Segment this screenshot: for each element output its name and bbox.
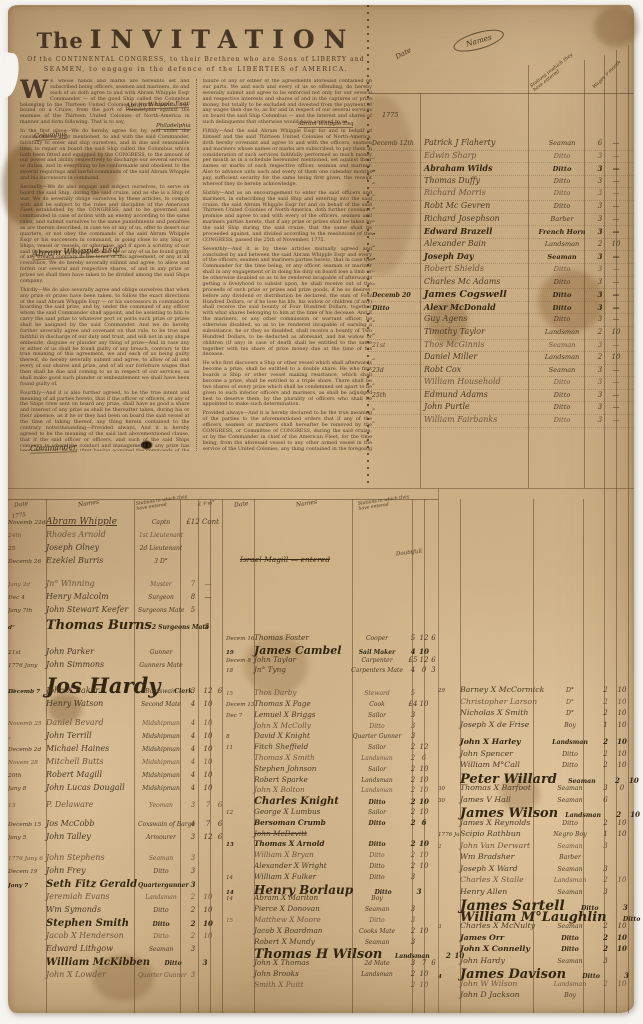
entry-station: Ditto xyxy=(534,378,590,386)
entry-date: Jany 8 xyxy=(8,786,46,792)
entry-shillings: 10 xyxy=(419,776,429,784)
muster-row: John X Thomas 2d Mate 3 7 6 xyxy=(226,958,438,969)
entry-pounds: 3 xyxy=(184,687,202,695)
muster-row: 14 William X Fulker Ditto 3 xyxy=(226,872,438,883)
entry-name: Edwin Sharp xyxy=(424,151,534,160)
entry-pounds: 2 xyxy=(407,970,419,978)
entry-shillings: 10 xyxy=(616,761,628,769)
entry-name: P. Delaware xyxy=(46,800,138,809)
entry-pounds: 4 xyxy=(184,784,202,792)
entry-shillings: — xyxy=(610,215,622,223)
entry-shillings: 10 xyxy=(202,932,214,940)
entry-station: Gunners Mate xyxy=(138,662,184,669)
entry-pounds: 3 xyxy=(590,265,610,273)
entry-name: Alexr McDonald xyxy=(424,302,534,312)
entry-pounds: 3 xyxy=(407,959,419,967)
entry-station: Landsman xyxy=(534,240,590,248)
entry-pounds: 2 xyxy=(184,893,202,901)
muster-row: 2 John Van Derwart Seaman 3 xyxy=(438,841,634,853)
entry-shillings: — xyxy=(610,366,622,374)
entry-shillings: — xyxy=(610,315,622,323)
entry-shillings: 10 xyxy=(419,981,429,989)
entry-shillings: 10 xyxy=(419,851,429,859)
entry-station: Ditto xyxy=(545,946,595,953)
muster-row: 18 Jn° Tyng Carpenters Mate 4 0 3 xyxy=(226,665,438,676)
entry-name: Edward Lithgow xyxy=(46,944,138,953)
entry-name: John Purtle xyxy=(424,402,534,411)
entry-pounds: 2 xyxy=(595,819,616,827)
entry-station: Seaman xyxy=(534,366,590,374)
muster-row: Robert X Mundy Seaman 3 xyxy=(226,937,438,948)
entry-pounds: 3 xyxy=(595,784,616,792)
entry-pounds: 3 xyxy=(590,366,610,374)
entry-shillings: 10 xyxy=(202,700,214,708)
muster-row: Thomas H Wilson Landsman 2 10 xyxy=(226,947,438,958)
entry-station: Ditto xyxy=(545,935,595,942)
entry-date: 1776 Jany 2 xyxy=(438,832,460,838)
entry-station: Landsman xyxy=(545,739,595,746)
entry-station: Seaman xyxy=(545,889,595,896)
muster-row: Robert Sparke Landsman 2 10 xyxy=(226,775,438,786)
muster-row: John X Bolton Landsman 2 10 xyxy=(226,785,438,796)
entry-shillings: 10 xyxy=(616,922,628,930)
entry-date: Decem 16 xyxy=(226,636,254,642)
entry-station: Ditto xyxy=(534,403,590,411)
entry-pounds: 3 xyxy=(590,391,610,399)
entry-station: Landsman xyxy=(545,877,595,884)
text-column-right: failure of any or either of the agreemen… xyxy=(196,79,373,451)
entry-station: Ditto xyxy=(545,762,595,769)
entry-pounds: 3 xyxy=(407,938,419,946)
muster-row: „ Edwin Sharp Ditto 3 — xyxy=(368,151,634,164)
muster-row: Smith X Puitt 2 10 xyxy=(226,980,438,991)
entry-pounds: 4 xyxy=(184,700,202,708)
entry-pounds: £5 xyxy=(407,656,419,664)
entry-name: John X Lowder xyxy=(46,970,138,979)
entry-name: John Terrill xyxy=(46,731,138,740)
entry-date: 30 xyxy=(438,786,460,792)
muster-row: 30 Thomas X Barfoot Seaman 3 0 xyxy=(438,783,634,795)
entry-station: Sailor xyxy=(347,744,407,751)
entry-pounds: 2 xyxy=(595,737,616,746)
entry-name: Abraham Wilds xyxy=(424,163,534,173)
entry-station: Ditto xyxy=(138,907,184,914)
muster-row: 15 Matthew X Moore Ditto 3 xyxy=(226,915,438,926)
entry-pounds: 3 xyxy=(590,416,610,424)
entry-shillings: — xyxy=(610,252,622,261)
entry-pounds: 3 xyxy=(184,867,202,875)
entry-pounds: 1 xyxy=(595,721,616,729)
entry-date: „ xyxy=(368,178,424,185)
entry-name: Thomas Duffy xyxy=(424,176,534,185)
muster-row: John Hardy Seaman 3 xyxy=(438,956,634,968)
muster-row: Charles X Stalle Landsman 2 10 xyxy=(438,875,634,887)
entry-name: Thomas Foster xyxy=(254,633,347,642)
entry-shillings: 12 xyxy=(419,656,429,664)
muster-row: Decemb 20 James Cogswell Ditto 3 — xyxy=(368,289,634,302)
muster-row: Pierce X Donovan Seaman 3 xyxy=(226,904,438,915)
entry-station: Landsman xyxy=(347,971,407,978)
entry-station: Landsman xyxy=(534,328,590,336)
muster-row: Edward Lithgow Seaman 3 xyxy=(8,944,226,957)
entry-pounds: 2 xyxy=(595,944,616,953)
entry-station: Sailor xyxy=(347,766,407,773)
entry-name: Seth Fitz Gerald xyxy=(46,879,138,890)
entry-station: Seaman xyxy=(545,797,595,804)
entry-date: Decem 13 xyxy=(226,702,254,708)
entry-shillings: 10 xyxy=(616,980,628,988)
entry-name: Michael Haines xyxy=(46,744,138,753)
entry-pounds: 2 xyxy=(407,786,419,794)
entry-shillings: 10 xyxy=(419,970,429,978)
entry-name: John X Baker xyxy=(46,686,138,695)
entry-station: Ditto xyxy=(534,391,590,399)
entry-pounds: 3 xyxy=(590,403,610,411)
entry-shillings: — xyxy=(610,416,622,424)
title-main: INVITATION xyxy=(90,25,356,54)
muster-row: 19 James Cambel Sail Maker 4 10 xyxy=(226,644,438,655)
entry-name: John Frey xyxy=(46,866,138,875)
muster-row: John Brooks Landsman 2 10 xyxy=(226,969,438,980)
entry-pounds: 2 xyxy=(407,797,419,806)
entry-date: Dec 4 xyxy=(8,595,46,601)
muster-row: „ William Fairbanks Ditto 3 — xyxy=(368,415,634,428)
entry-pounds: 3 xyxy=(407,905,419,913)
entry-station: Barber xyxy=(534,215,590,223)
entry-name: John X Harley xyxy=(460,737,545,746)
entry-name: James Cogswell xyxy=(424,289,534,300)
entry-date: Decemb 12th xyxy=(368,140,424,147)
entry-station: Cooks Mate xyxy=(347,928,407,935)
entry-date: Novem 28 xyxy=(8,760,46,766)
entry-shillings: 10 xyxy=(616,830,628,838)
entry-date: „ xyxy=(368,379,424,386)
muster-top-rows: Decemb 12th Patrick J Flaherty Seaman 6 … xyxy=(368,138,634,428)
entry-station: Armourer xyxy=(138,834,184,841)
entry-shillings: 7 xyxy=(202,820,214,828)
muster-row: 4 James Davison Ditto 3 xyxy=(438,967,634,979)
entry-name: John Stephens xyxy=(46,853,138,862)
entry-shillings: 10 xyxy=(419,647,429,656)
header-wages: Wages ⅌ month xyxy=(592,58,624,90)
muster-row: William M°Laughlin Ditto 3 xyxy=(438,910,634,922)
entry-station: Ditto xyxy=(347,863,407,870)
entry-pounds: 3 xyxy=(184,945,202,953)
muster-row: Decemb 2d Michael Haines Midshipman 4 10 xyxy=(8,744,226,757)
entry-shillings: 10 xyxy=(419,862,429,870)
muster-row: „ Richard Josephson Barber 3 — xyxy=(368,214,634,227)
entry-station: Ditto xyxy=(534,202,590,210)
entry-pounds: 3 xyxy=(413,887,425,896)
muster-row: Alexander X Wright Ditto 2 10 xyxy=(226,861,438,872)
entry-station: Midshipman xyxy=(138,720,184,727)
entry-pounds: 2 xyxy=(407,818,419,827)
entry-pounds: 2 xyxy=(595,876,616,884)
entry-station: Yeoman xyxy=(138,802,184,809)
paragraph: failure of any or either of the agreemen… xyxy=(203,79,373,126)
entry-station: Ditto xyxy=(150,960,196,967)
entry-pounds: 4 xyxy=(184,745,202,753)
entry-date: 4 xyxy=(438,974,460,980)
entry-station: Seaman xyxy=(138,855,184,862)
muster-row: Joseph X Ward Seaman 3 xyxy=(438,864,634,876)
photograph-backdrop: TheINVITATION Of the CONTINENTAL CONGRES… xyxy=(0,0,643,1024)
entry-pounds: £12 xyxy=(184,518,202,526)
entry-shillings: 10 xyxy=(202,906,214,914)
muster-row: Jany 7th John Stewart Keefer Surgeons Ma… xyxy=(8,605,226,618)
entry-station: Seaman xyxy=(347,906,407,913)
entry-pounds: £4 xyxy=(407,700,419,708)
paragraph: Thirdly—We do also severally agree and o… xyxy=(20,288,190,388)
entry-shillings: 10 xyxy=(616,944,628,953)
entry-pence: 6 xyxy=(214,687,226,695)
entry-pounds: 3 xyxy=(407,722,419,730)
muster-row: 29 Barney X McCormick D° 2 10 xyxy=(438,685,634,697)
entry-pence: 6 xyxy=(214,820,226,828)
muster-row: „ Joseph Day Seaman 3 — xyxy=(368,251,634,264)
entry-name: Henry Allen xyxy=(460,887,545,896)
muster-row: 3 Charles X McNulty Seaman 2 10 xyxy=(438,921,634,933)
entry-shillings: 10 xyxy=(419,786,429,794)
entry-name: Bersoman Crumb xyxy=(254,818,347,827)
muster-row: „ Robt Mc Gevren Ditto 3 — xyxy=(368,201,634,214)
entry-shillings: 12 xyxy=(202,833,214,841)
entry-station: Seaman xyxy=(534,139,590,147)
entry-station: D° xyxy=(545,687,595,694)
entry-name: Alexander Bain xyxy=(424,239,534,248)
entry-station: Seaman xyxy=(534,253,590,261)
muster-row: Henry Allen Seaman 3 xyxy=(438,887,634,899)
entry-shillings: — xyxy=(610,152,622,160)
muster-table-top: Date 1775 Names Stations inwhich they ha… xyxy=(368,15,634,490)
entry-name: William X Fulker xyxy=(254,872,347,881)
entry-name: Mitchell Butts xyxy=(46,757,138,766)
entry-date: 18 xyxy=(226,668,254,674)
entry-shillings: 12 xyxy=(202,687,214,695)
muster-row: John X Connelly Ditto 2 10 xyxy=(438,944,634,956)
muster-row: 1776 Jany 2 Scipio Rathbun Negro Boy 1 1… xyxy=(438,829,634,841)
entry-name: William Household xyxy=(424,377,534,386)
entry-name: Abram X Mariton xyxy=(254,893,347,902)
entry-station: Second Mate xyxy=(138,701,184,708)
entry-pounds: 3 xyxy=(595,888,616,896)
entry-name: Robert Magill xyxy=(46,770,138,779)
entry-date: 14 xyxy=(226,890,254,896)
entry-name: James V Hall xyxy=(460,795,545,804)
entry-pounds: 4 xyxy=(407,647,419,656)
entry-pounds: 3 xyxy=(590,315,610,323)
entry-shillings: 10 xyxy=(616,686,628,694)
entry-date: Decemb 20 xyxy=(368,292,424,299)
entry-name: Jn° Winning xyxy=(46,579,138,588)
entry-shillings: 7 xyxy=(202,801,214,809)
muster-row: Henry Watson Second Mate 4 10 xyxy=(8,699,226,712)
entry-name: Jn° Tyng xyxy=(254,665,347,674)
entry-pounds: 3 xyxy=(407,732,419,740)
entry-date: „ xyxy=(368,266,424,273)
entry-date: „ xyxy=(368,216,424,223)
muster-row: Novem 28 Mitchell Butts Midshipman 4 10 xyxy=(8,757,226,770)
entry-shillings: 10 xyxy=(202,893,214,901)
entry-name: Patrick J Flaherty xyxy=(424,138,534,147)
entry-name: John X Connelly xyxy=(460,944,545,953)
muster-row: John X Harley Landsman 2 10 xyxy=(438,737,634,749)
entry-pounds: 2 xyxy=(595,709,616,717)
entry-shillings: 10 xyxy=(616,876,628,884)
entry-pence: 3 xyxy=(429,666,438,674)
entry-name: Jos McCobb xyxy=(46,819,138,828)
entry-shillings: — xyxy=(610,391,622,399)
entry-name: John Parker xyxy=(46,647,138,656)
muster-row: William X Bryan Ditto 2 10 xyxy=(226,850,438,861)
muster-row: John X McColly Ditto 3 xyxy=(226,721,438,732)
entry-pounds: 3 xyxy=(590,215,610,223)
entry-name: Alexander X Wright xyxy=(254,861,347,870)
entry-shillings: — xyxy=(610,189,622,197)
entry-name: Thomas X Barfoot xyxy=(460,783,545,792)
entry-station: Ditto xyxy=(534,152,590,160)
entry-date: 13 xyxy=(8,689,46,695)
entry-pounds: 3 xyxy=(590,290,610,299)
entry-date: „ xyxy=(368,254,424,261)
entry-shillings: — xyxy=(610,227,622,236)
entry-pounds: 2 xyxy=(407,862,419,870)
muster-row: 11 Fitch Sheffield Sailor 2 12 xyxy=(226,742,438,753)
entry-shillings: 10 xyxy=(616,698,628,706)
entry-name: Barney X McCormick xyxy=(460,685,545,694)
entry-shillings: 12 xyxy=(419,634,429,642)
header-date: Date xyxy=(394,46,413,61)
muster-row: William McKibben Ditto 3 xyxy=(8,957,226,970)
header-year: 1775 xyxy=(382,111,399,119)
entry-shillings: — xyxy=(610,164,622,173)
entry-shillings: 10 xyxy=(202,784,214,792)
entry-pounds: 4 xyxy=(184,732,202,740)
header-names: Names xyxy=(296,499,318,509)
entry-station: Seaman xyxy=(545,923,595,930)
entry-shillings: 10 xyxy=(202,719,214,727)
muster-row: Decem 19 John Frey Ditto 3 xyxy=(8,866,226,879)
entry-name: Guy Agens xyxy=(424,314,534,323)
entry-station: Ditto xyxy=(347,852,407,859)
paragraph: Fourthly—And it is also further agreed, … xyxy=(20,391,190,451)
muster-row: Jany 2d Jn° Winning Master 7 — xyxy=(8,579,226,592)
entry-date: Jany 7th xyxy=(8,608,46,614)
header-date: Date xyxy=(14,500,29,509)
muster-row: Nicholas X Smith D° 2 10 xyxy=(438,708,634,720)
entry-date: „ xyxy=(368,279,424,286)
entry-shillings: 10 xyxy=(419,700,429,708)
entry-name: Robert Sparke xyxy=(254,775,347,784)
entry-station: Landsman xyxy=(545,981,595,988)
entry-name: Charles Mc Adams xyxy=(424,277,534,286)
muster-row: „ Daniel Miller Landsman 2 10 xyxy=(368,352,634,365)
entry-station: Ditto xyxy=(534,416,590,424)
entry-pence: 6 xyxy=(214,833,226,841)
entry-date: Decemb 26 xyxy=(8,559,46,565)
entry-station: D° xyxy=(545,699,595,706)
entry-date: Decem 19 xyxy=(8,869,46,875)
entry-date: „ xyxy=(368,241,424,248)
entry-pounds: 3 xyxy=(595,865,616,873)
muster-row: Novemb 25 Daniel Bevard Midshipman 4 10 xyxy=(8,718,226,731)
entry-pounds: 4 xyxy=(407,666,419,674)
entry-shillings: 10 xyxy=(629,810,641,819)
entry-station: Coxswain of Barge xyxy=(138,821,184,828)
muster-row: Jacob X Henderson Ditto 2 10 xyxy=(8,931,226,944)
entry-date: 11 xyxy=(226,745,254,751)
entry-station: Master xyxy=(138,581,184,588)
entry-station: Landsman xyxy=(534,353,590,361)
muster-row: William M°Call Ditto 2 10 xyxy=(438,760,634,772)
handwritten-insert: Commander xyxy=(30,442,77,454)
entry-station: Ditto xyxy=(347,820,407,827)
muster-row: John W Wilson Landsman 2 10 xyxy=(438,979,634,991)
entry-station: Sailor xyxy=(347,712,407,719)
entry-name: William McKibben xyxy=(46,957,150,968)
entry-station: Seaman xyxy=(347,939,407,946)
entry-station: Ditto xyxy=(545,751,595,758)
muster-row: Decemb 7 Jos Hardy Clerk xyxy=(8,673,226,686)
entry-station: Quarter Gunner xyxy=(138,972,184,979)
entry-date: „ xyxy=(368,316,424,323)
entry-station: Landsman xyxy=(347,755,407,762)
entry-pounds: 3 xyxy=(590,252,610,261)
entry-pounds: 3 xyxy=(184,854,202,862)
entry-station: Gunner xyxy=(138,649,184,656)
entry-station: French Horn xyxy=(534,228,590,236)
entry-name: John X McColly xyxy=(254,721,347,730)
entry-station: Sailor xyxy=(347,809,407,816)
entry-date: 1776 Jany 6 xyxy=(8,856,46,862)
entry-pounds: 2 xyxy=(590,353,610,361)
entry-date: 24th xyxy=(8,533,46,539)
muster-row: 21st Thos McGinnis Seaman 3 — xyxy=(368,340,634,353)
entry-name: Henry Watson xyxy=(46,699,138,708)
entry-pounds: 5 xyxy=(407,689,419,697)
entry-name: Thomas Burns xyxy=(46,618,152,633)
entry-name: Edmund Adams xyxy=(424,390,534,399)
entry-pounds: 8 xyxy=(184,593,202,601)
muster-right-rows: 29 Barney X McCormick D° 2 10 Christophe… xyxy=(438,685,634,1002)
entry-shillings: — xyxy=(202,593,214,601)
muster-row: Jany 8 John Lucas Dougall Midshipman 4 1… xyxy=(8,783,226,796)
entry-name: John D Jackson xyxy=(460,990,545,999)
muster-row: 30 James V Hall Seaman 6 xyxy=(438,795,634,807)
entry-name: Ezekiel Burris xyxy=(46,556,138,565)
entry-pounds: 3 xyxy=(184,971,202,979)
entry-shillings: 12 xyxy=(419,743,429,751)
muster-row: James Wilson Landsman 2 10 xyxy=(438,806,634,818)
muster-row: Decemb 12th Patrick J Flaherty Seaman 6 … xyxy=(368,138,634,151)
header-stations: Stations in which they have entered xyxy=(136,494,193,512)
entry-name: Wm Bradsher xyxy=(460,852,545,861)
muster-row: James Sartell Ditto 3 xyxy=(438,898,634,910)
title-the: The xyxy=(36,28,83,53)
muster-row: 13 Thomas X Arnold Ditto 2 10 xyxy=(226,839,438,850)
entry-shillings: 6 xyxy=(419,754,429,762)
entry-name: William X Bryan xyxy=(254,850,347,859)
entry-date: 30 xyxy=(438,798,460,804)
muster-row: Stephen Johnson Sailor 2 10 xyxy=(226,764,438,775)
handwritten-insert: Philadelphia xyxy=(156,123,191,130)
entry-name: Joseph X Ward xyxy=(460,864,545,873)
drop-cap: W xyxy=(20,79,50,100)
entry-shillings: 7 xyxy=(419,959,429,967)
entry-station: Captn xyxy=(138,519,184,526)
muster-row: Bersoman Crumb Ditto 2 6 xyxy=(226,818,438,829)
entry-date: 14 xyxy=(226,875,254,881)
